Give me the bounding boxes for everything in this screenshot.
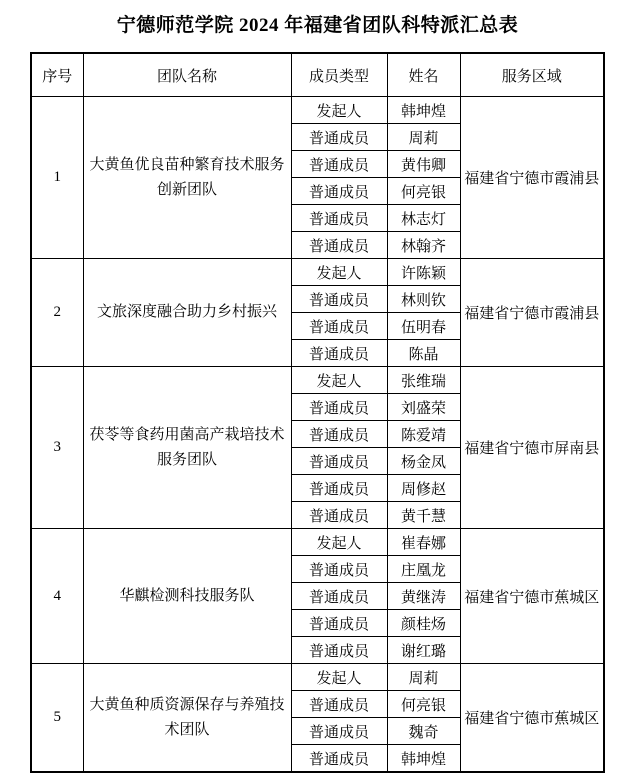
service-region-cell: 福建省宁德市屏南县: [460, 367, 604, 529]
member-name-cell: 何亮银: [387, 178, 460, 205]
member-name-cell: 崔春娜: [387, 529, 460, 556]
header-no: 序号: [31, 53, 83, 97]
member-type-cell: 发起人: [291, 664, 387, 691]
team-no-cell: 1: [31, 97, 83, 259]
member-type-cell: 普通成员: [291, 151, 387, 178]
team-no-cell: 2: [31, 259, 83, 367]
team-no-cell: 4: [31, 529, 83, 664]
member-name-cell: 韩坤煌: [387, 745, 460, 773]
table-header: 序号 团队名称 成员类型 姓名 服务区域: [31, 53, 604, 97]
member-name-cell: 林翰齐: [387, 232, 460, 259]
header-name: 姓名: [387, 53, 460, 97]
member-type-cell: 普通成员: [291, 637, 387, 664]
member-name-cell: 黄伟卿: [387, 151, 460, 178]
member-type-cell: 普通成员: [291, 556, 387, 583]
member-type-cell: 普通成员: [291, 205, 387, 232]
service-region-cell: 福建省宁德市霞浦县: [460, 259, 604, 367]
header-region: 服务区域: [460, 53, 604, 97]
member-type-cell: 普通成员: [291, 745, 387, 773]
member-name-cell: 周修赵: [387, 475, 460, 502]
member-type-cell: 普通成员: [291, 691, 387, 718]
member-name-cell: 周莉: [387, 124, 460, 151]
member-name-cell: 林则钦: [387, 286, 460, 313]
member-type-cell: 发起人: [291, 529, 387, 556]
member-type-cell: 发起人: [291, 97, 387, 124]
page-title: 宁德师范学院 2024 年福建省团队科特派汇总表: [0, 13, 635, 39]
document-page: 宁德师范学院 2024 年福建省团队科特派汇总表 序号 团队名称 成员类型 姓名…: [0, 0, 635, 779]
member-type-cell: 发起人: [291, 259, 387, 286]
member-name-cell: 黄继涛: [387, 583, 460, 610]
member-type-cell: 发起人: [291, 367, 387, 394]
member-type-cell: 普通成员: [291, 340, 387, 367]
member-name-cell: 何亮银: [387, 691, 460, 718]
service-region-cell: 福建省宁德市蕉城区: [460, 664, 604, 773]
member-name-cell: 陈爱靖: [387, 421, 460, 448]
table-row: 4华麒检测科技服务队发起人崔春娜福建省宁德市蕉城区: [31, 529, 604, 556]
header-team: 团队名称: [83, 53, 291, 97]
member-name-cell: 陈晶: [387, 340, 460, 367]
member-name-cell: 颜桂炀: [387, 610, 460, 637]
member-type-cell: 普通成员: [291, 178, 387, 205]
member-name-cell: 许陈颖: [387, 259, 460, 286]
member-name-cell: 伍明春: [387, 313, 460, 340]
member-name-cell: 庄凰龙: [387, 556, 460, 583]
header-row: 序号 团队名称 成员类型 姓名 服务区域: [31, 53, 604, 97]
team-no-cell: 3: [31, 367, 83, 529]
member-type-cell: 普通成员: [291, 718, 387, 745]
member-type-cell: 普通成员: [291, 475, 387, 502]
member-type-cell: 普通成员: [291, 394, 387, 421]
member-type-cell: 普通成员: [291, 286, 387, 313]
member-type-cell: 普通成员: [291, 502, 387, 529]
table-body: 1大黄鱼优良苗种繁育技术服务创新团队发起人韩坤煌福建省宁德市霞浦县普通成员周莉普…: [31, 97, 604, 773]
member-type-cell: 普通成员: [291, 448, 387, 475]
summary-table: 序号 团队名称 成员类型 姓名 服务区域 1大黄鱼优良苗种繁育技术服务创新团队发…: [30, 52, 605, 773]
member-name-cell: 刘盛荣: [387, 394, 460, 421]
member-name-cell: 谢红璐: [387, 637, 460, 664]
table-row: 2文旅深度融合助力乡村振兴发起人许陈颖福建省宁德市霞浦县: [31, 259, 604, 286]
team-name-cell: 大黄鱼优良苗种繁育技术服务创新团队: [83, 97, 291, 259]
member-name-cell: 张维瑞: [387, 367, 460, 394]
member-name-cell: 魏奇: [387, 718, 460, 745]
team-name-cell: 华麒检测科技服务队: [83, 529, 291, 664]
member-type-cell: 普通成员: [291, 421, 387, 448]
service-region-cell: 福建省宁德市蕉城区: [460, 529, 604, 664]
member-name-cell: 杨金凤: [387, 448, 460, 475]
member-type-cell: 普通成员: [291, 232, 387, 259]
service-region-cell: 福建省宁德市霞浦县: [460, 97, 604, 259]
member-type-cell: 普通成员: [291, 610, 387, 637]
table-row: 1大黄鱼优良苗种繁育技术服务创新团队发起人韩坤煌福建省宁德市霞浦县: [31, 97, 604, 124]
member-type-cell: 普通成员: [291, 583, 387, 610]
team-name-cell: 大黄鱼种质资源保存与养殖技术团队: [83, 664, 291, 773]
table-row: 3茯苓等食药用菌高产栽培技术服务团队发起人张维瑞福建省宁德市屏南县: [31, 367, 604, 394]
team-name-cell: 文旅深度融合助力乡村振兴: [83, 259, 291, 367]
member-name-cell: 周莉: [387, 664, 460, 691]
table-row: 5大黄鱼种质资源保存与养殖技术团队发起人周莉福建省宁德市蕉城区: [31, 664, 604, 691]
member-name-cell: 林志灯: [387, 205, 460, 232]
team-no-cell: 5: [31, 664, 83, 773]
header-type: 成员类型: [291, 53, 387, 97]
team-name-cell: 茯苓等食药用菌高产栽培技术服务团队: [83, 367, 291, 529]
member-name-cell: 韩坤煌: [387, 97, 460, 124]
member-type-cell: 普通成员: [291, 313, 387, 340]
member-name-cell: 黄千慧: [387, 502, 460, 529]
member-type-cell: 普通成员: [291, 124, 387, 151]
